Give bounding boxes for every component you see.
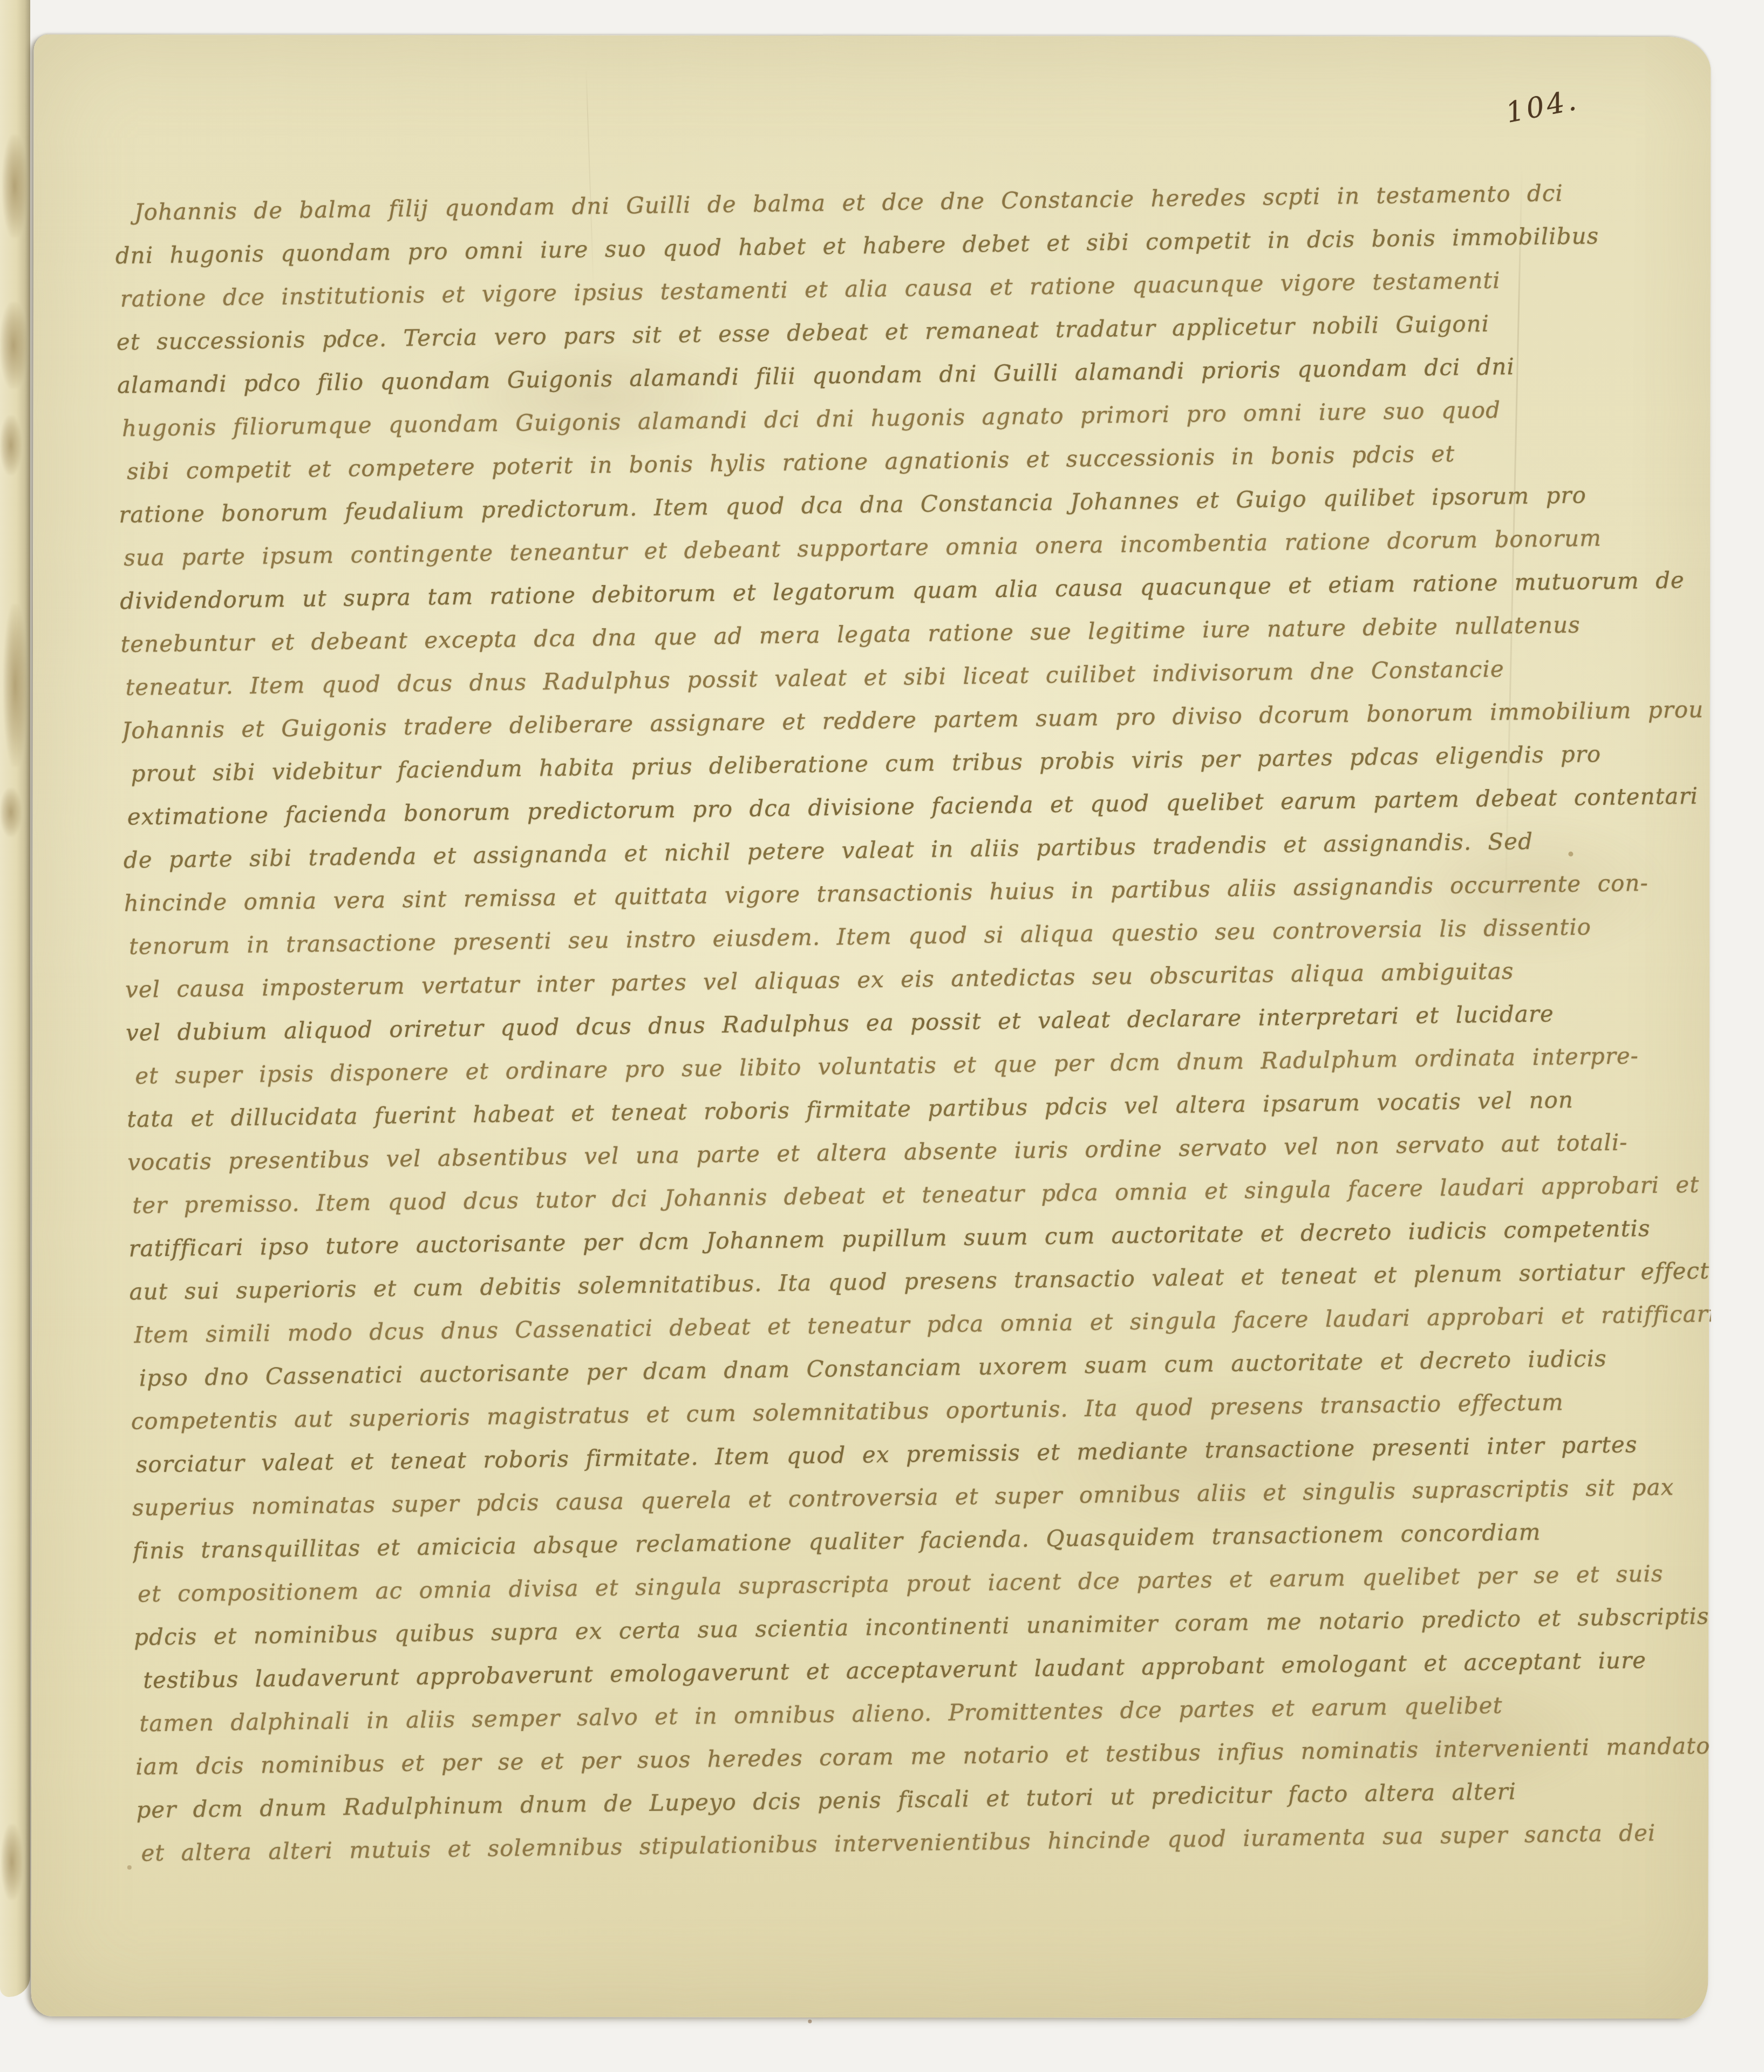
previous-folio-edge [0, 0, 30, 1997]
parchment-speck [127, 1865, 132, 1870]
ink-fragment [0, 788, 22, 837]
manuscript-scan: 104. Johannis de balma filij quondam dni… [0, 0, 1764, 2072]
ink-fragment [2, 135, 27, 237]
ink-fragment [3, 604, 27, 766]
parchment-speck [808, 2020, 812, 2023]
ink-fragment [0, 416, 22, 475]
manuscript-text-block: Johannis de balma filij quondam dni Guil… [114, 170, 1718, 1897]
ink-fragment [1, 1824, 23, 1900]
manuscript-page: 104. Johannis de balma filij quondam dni… [31, 35, 1711, 2019]
ink-fragment [0, 302, 27, 389]
folio-number: 104. [1504, 86, 1581, 127]
